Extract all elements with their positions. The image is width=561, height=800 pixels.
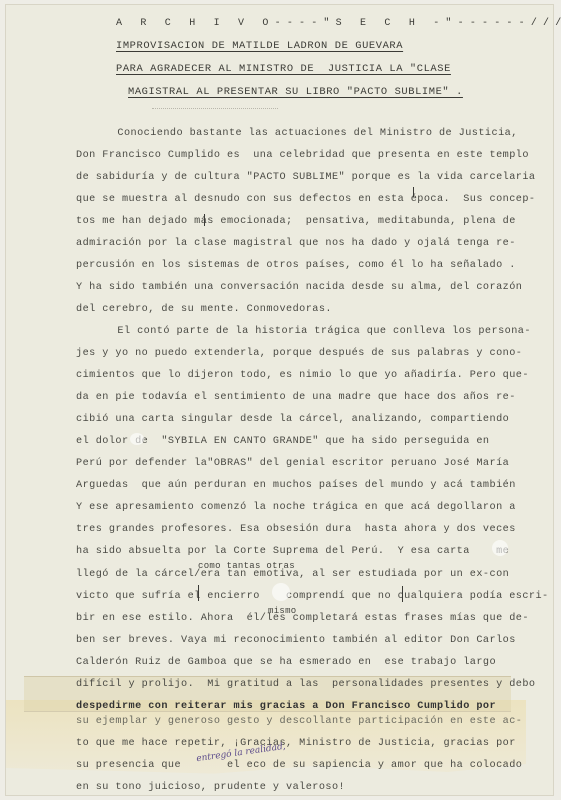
title-line-1: IMPROVISACION DE MATILDE LADRON DE GUEVA… <box>116 40 403 52</box>
body-line: admiración por la clase magistral que no… <box>76 238 516 249</box>
body-line: tos me han dejado más emocionada; pensat… <box>76 216 516 227</box>
correction-mark <box>402 586 403 602</box>
body-line: jes y yo no puedo extenderla, porque des… <box>76 348 522 359</box>
body-line: del cerebro, de su mente. Conmovedoras. <box>76 304 332 315</box>
body-line: bir en ese estilo. Ahora él/les completa… <box>76 613 529 624</box>
decorative-dotted-rule <box>152 108 278 111</box>
body-line: El contó parte de la historia trágica qu… <box>78 326 531 337</box>
body-line: percusión en los sistemas de otros paíse… <box>76 260 516 271</box>
body-line: Y ha sido también una conversación nacid… <box>76 282 522 293</box>
body-line: difícil y prolijo. Mi gratitud a las per… <box>76 679 535 690</box>
body-line: victo que sufría el encierro comprendí q… <box>76 591 549 602</box>
body-line: cimientos que lo dijeron todo, es nimio … <box>76 370 529 381</box>
body-line: despedirme con reiterar mis gracias a Do… <box>76 701 496 712</box>
body-line: Y ese apresamiento comenzó la noche trág… <box>76 502 516 513</box>
correction-smudge <box>272 583 290 601</box>
body-line: to que me hace repetir, ¡Gracias, Minist… <box>76 738 516 749</box>
body-line: Arguedas que aún perduran en muchos país… <box>76 480 516 491</box>
body-line: su ejemplar y generoso gesto y descollan… <box>76 716 522 727</box>
body-line: Don Francisco Cumplido es una celebridad… <box>76 150 529 161</box>
body-line: Calderón Ruiz de Gamboa que se ha esmera… <box>76 657 496 668</box>
correction-mark <box>198 585 199 601</box>
body-line: en su tono juicioso, prudente y valeroso… <box>76 782 345 793</box>
archive-reference: A R C H I V O----"S E C H -"------/////1… <box>116 18 561 29</box>
body-line: llegó de la cárcel/era tan emotiva, al s… <box>76 569 509 580</box>
body-line: que se muestra al desnudo con sus defect… <box>76 194 535 205</box>
body-line: da en pie todavía el sentimiento de una … <box>76 392 516 403</box>
body-line: ha sido absuelta por la Corte Suprema de… <box>76 546 509 557</box>
body-line: cibió una carta singular desde la cárcel… <box>76 414 509 425</box>
correction-smudge <box>130 433 144 445</box>
body-line: ben ser breves. Vaya mi reconocimiento t… <box>76 635 516 646</box>
title-line-2: PARA AGRADECER AL MINISTRO DE JUSTICIA L… <box>116 63 451 75</box>
body-line: su presencia que el eco de su sapiencia … <box>76 760 522 771</box>
correction-mark <box>413 187 414 197</box>
body-line: Perú por defender la"OBRAS" del genial e… <box>76 458 509 469</box>
correction-mark <box>204 214 205 226</box>
title-line-3: MAGISTRAL AL PRESENTAR SU LIBRO "PACTO S… <box>128 86 463 98</box>
body-line: Conociendo bastante las actuaciones del … <box>78 128 518 139</box>
correction-smudge <box>492 540 508 556</box>
body-line: de sabiduría y de cultura "PACTO SUBLIME… <box>76 172 535 183</box>
body-line: tres grandes profesores. Esa obsesión du… <box>76 524 516 535</box>
